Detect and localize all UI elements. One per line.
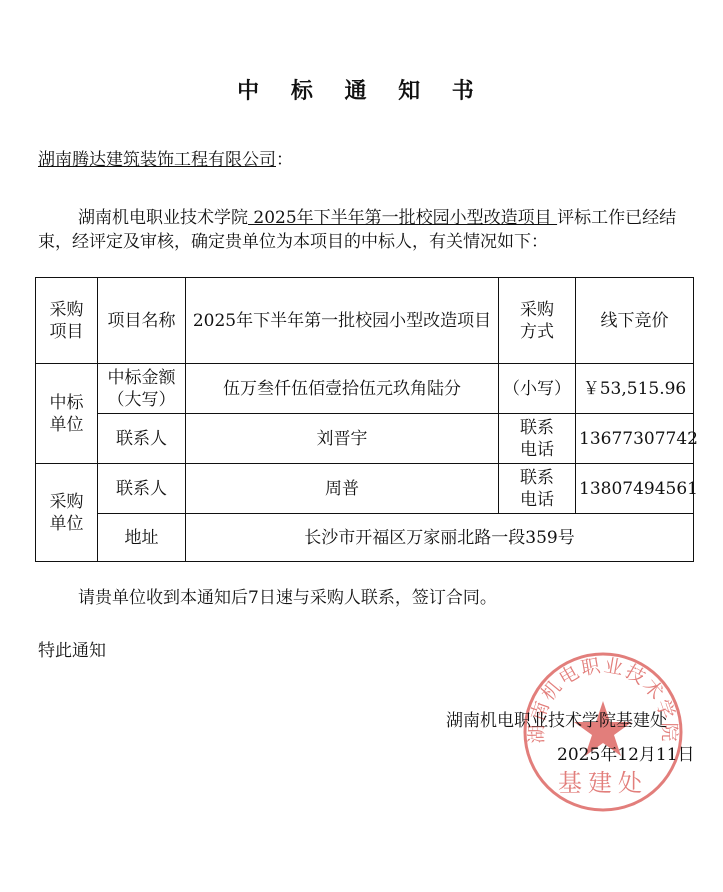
value-winner-phone: 13677307742 xyxy=(576,414,694,464)
addressee-company: 湖南腾达建筑装饰工程有限公司 xyxy=(38,150,276,170)
intro-school: 湖南机电职业技术学院 xyxy=(78,208,248,228)
signature-date: 2025年12月11日 xyxy=(557,740,695,765)
value-address: 长沙市开福区万家丽北路一段359号 xyxy=(186,514,694,562)
table-row-address: 地址 长沙市开福区万家丽北路一段359号 xyxy=(36,514,694,562)
label-amount-upper: 中标金额（大写） xyxy=(98,364,186,414)
value-amount-upper: 伍万叁仟伍佰壹拾伍元玖角陆分 xyxy=(186,364,499,414)
table-row-buyer-contact: 采购单位 联系人 周普 联系电话 13807494561 xyxy=(36,464,694,514)
official-seal-icon: 湖南机电职业技术学院 基建处 xyxy=(522,651,684,813)
value-amount-lower: ￥53,515.96 xyxy=(576,364,694,414)
group-procurement-project: 采购项目 xyxy=(36,278,98,364)
notice-text: 特此通知 xyxy=(38,636,106,661)
addressee: 湖南腾达建筑装饰工程有限公司： xyxy=(38,145,293,170)
closing-paragraph: 请贵单位收到本通知后7日速与采购人联系，签订合同。 xyxy=(78,583,497,608)
value-project-name: 2025年下半年第一批校园小型改造项目 xyxy=(186,278,499,364)
label-winner-contact: 联系人 xyxy=(98,414,186,464)
label-buyer-contact: 联系人 xyxy=(98,464,186,514)
group-winner: 中标单位 xyxy=(36,364,98,464)
table-row-winner-contact: 联系人 刘晋宇 联系电话 13677307742 xyxy=(36,414,694,464)
group-buyer: 采购单位 xyxy=(36,464,98,562)
seal-bottom-text: 基建处 xyxy=(558,769,648,797)
addressee-colon: ： xyxy=(276,150,293,170)
label-procurement-method: 采购方式 xyxy=(499,278,576,364)
award-info-table: 采购项目 项目名称 2025年下半年第一批校园小型改造项目 采购方式 线下竞价 … xyxy=(35,277,694,562)
signature-organization: 湖南机电职业技术学院基建处 xyxy=(446,706,667,731)
label-project-name: 项目名称 xyxy=(98,278,186,364)
intro-paragraph: 湖南机电职业技术学院 2025年下半年第一批校园小型改造项目 评标工作已经结束，… xyxy=(38,206,688,254)
value-buyer-phone: 13807494561 xyxy=(576,464,694,514)
label-buyer-phone: 联系电话 xyxy=(499,464,576,514)
label-winner-phone: 联系电话 xyxy=(499,414,576,464)
table-row-project: 采购项目 项目名称 2025年下半年第一批校园小型改造项目 采购方式 线下竞价 xyxy=(36,278,694,364)
page-title: 中 标 通 知 书 xyxy=(0,74,723,105)
label-amount-lower: （小写） xyxy=(499,364,576,414)
intro-project: 2025年下半年第一批校园小型改造项目 xyxy=(248,208,557,228)
value-procurement-method: 线下竞价 xyxy=(576,278,694,364)
value-buyer-contact: 周普 xyxy=(186,464,499,514)
label-address: 地址 xyxy=(98,514,186,562)
value-winner-contact: 刘晋宇 xyxy=(186,414,499,464)
table-row-amount: 中标单位 中标金额（大写） 伍万叁仟伍佰壹拾伍元玖角陆分 （小写） ￥53,51… xyxy=(36,364,694,414)
